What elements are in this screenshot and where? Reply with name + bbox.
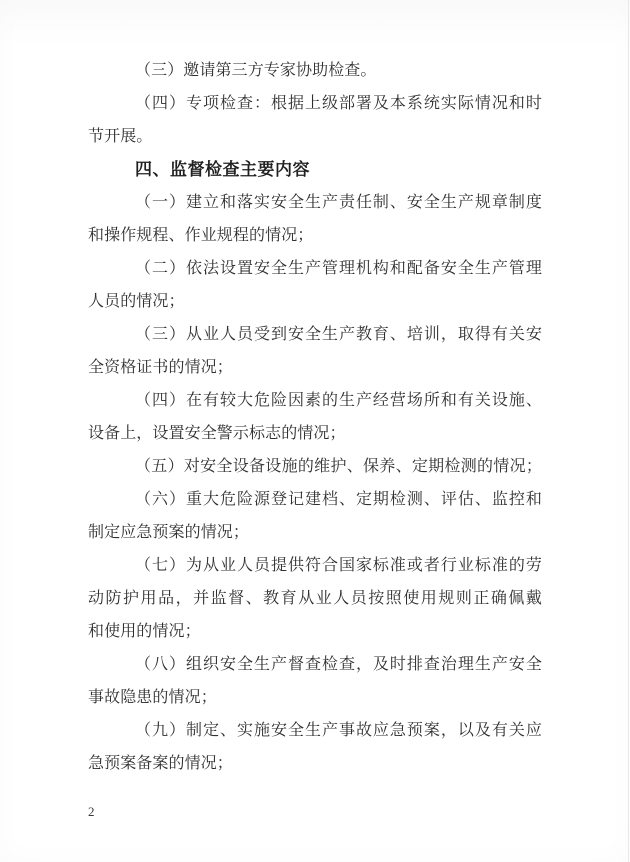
document-line: （四）专项检查：根据上级部署及本系统实际情况和时	[88, 87, 542, 120]
document-line: （二）依法设置安全生产管理机构和配备安全生产管理	[88, 252, 542, 285]
document-line: 和操作规程、作业规程的情况；	[88, 219, 542, 252]
page-number: 2	[88, 804, 95, 820]
document-line: （六）重大危险源登记建档、定期检测、评估、监控和	[88, 483, 542, 516]
document-line: （三）邀请第三方专家协助检查。	[88, 54, 542, 87]
scan-edge-line	[628, 0, 629, 862]
document-line: 制定应急预案的情况；	[88, 516, 542, 549]
document-line: （九）制定、实施安全生产事故应急预案，以及有关应	[88, 714, 542, 747]
document-line: 事故隐患的情况；	[88, 681, 542, 714]
document-line: 全资格证书的情况；	[88, 351, 542, 384]
document-line: 动防护用品，并监督、教育从业人员按照使用规则正确佩戴	[88, 582, 542, 615]
document-body: （三）邀请第三方专家协助检查。 （四）专项检查：根据上级部署及本系统实际情况和时…	[88, 54, 542, 780]
document-line: （三）从业人员受到安全生产教育、培训，取得有关安	[88, 318, 542, 351]
document-line: 节开展。	[88, 120, 542, 153]
document-line: （四）在有较大危险因素的生产经营场所和有关设施、	[88, 384, 542, 417]
document-line: （五）对安全设备设施的维护、保养、定期检测的情况；	[88, 450, 542, 483]
document-line: 急预案备案的情况；	[88, 747, 542, 780]
document-line: （八）组织安全生产督查检查，及时排查治理生产安全	[88, 648, 542, 681]
document-page: （三）邀请第三方专家协助检查。 （四）专项检查：根据上级部署及本系统实际情况和时…	[0, 0, 630, 862]
scan-shading-top	[0, 0, 630, 46]
document-line: 人员的情况；	[88, 285, 542, 318]
document-line: （一）建立和落实安全生产责任制、安全生产规章制度	[88, 186, 542, 219]
document-line: 和使用的情况；	[88, 615, 542, 648]
document-line: 设备上，设置安全警示标志的情况；	[88, 417, 542, 450]
section-heading: 四、监督检查主要内容	[88, 153, 542, 186]
document-line: （七）为从业人员提供符合国家标准或者行业标准的劳	[88, 549, 542, 582]
